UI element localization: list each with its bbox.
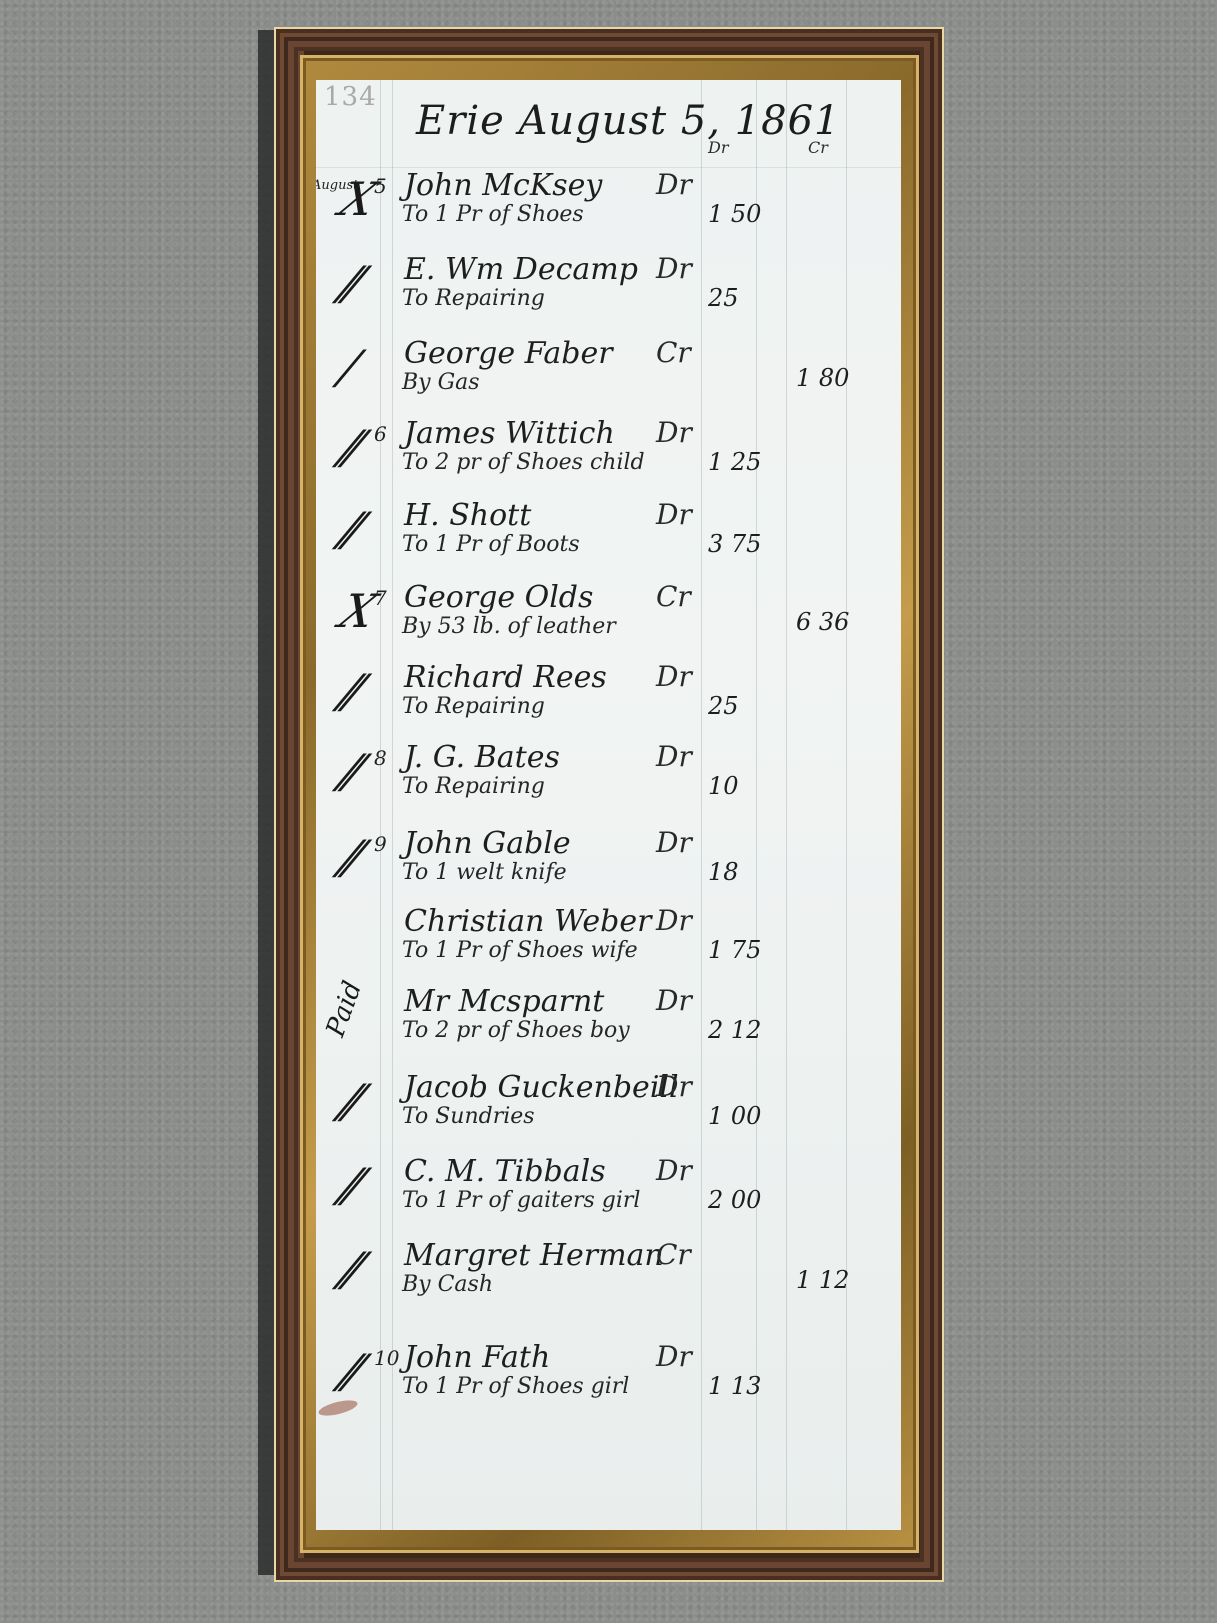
entry-name: J. G. Bates — [404, 740, 560, 775]
entry-day: 5 — [374, 174, 387, 198]
debit-column-header: Dr — [708, 138, 728, 157]
debit-amount: 1 25 — [708, 448, 761, 476]
debit-amount: 3 75 — [708, 530, 761, 558]
check-mark: / — [333, 340, 356, 394]
entry-type: Dr — [656, 1154, 692, 1187]
debit-amount: 2 12 — [708, 1016, 761, 1044]
ledger-entry: / George Faber Cr By Gas 1 80 — [316, 336, 901, 411]
check-mark: X — [333, 172, 373, 226]
entry-description: By 53 lb. of leather — [402, 614, 616, 639]
entry-name: John McKsey — [404, 168, 602, 203]
debit-amount: 25 — [708, 692, 739, 720]
ledger-entry: // 9 John Gable Dr To 1 welt knife 18 — [316, 826, 901, 901]
ledger-entry: Paid Mr Mcsparnt Dr To 2 pr of Shoes boy… — [316, 984, 901, 1059]
check-mark: // — [333, 1158, 362, 1212]
entry-day: 6 — [374, 422, 387, 446]
credit-amount: 1 80 — [796, 364, 849, 392]
check-mark: // — [333, 256, 362, 310]
credit-amount: 1 12 — [796, 1266, 849, 1294]
entry-type: Cr — [656, 336, 691, 369]
entry-name: E. Wm Decamp — [404, 252, 638, 287]
credit-amount: 6 36 — [796, 608, 849, 636]
credit-column-header: Cr — [808, 138, 828, 157]
entry-description: To 1 Pr of gaiters girl — [402, 1188, 640, 1213]
entry-description: By Cash — [402, 1272, 493, 1297]
entry-type: Dr — [656, 740, 692, 773]
entry-name: Christian Weber — [404, 904, 651, 939]
entry-name: George Faber — [404, 336, 613, 371]
paid-mark: Paid — [321, 977, 369, 1041]
entry-name: John Fath — [404, 1340, 550, 1375]
debit-amount: 1 00 — [708, 1102, 761, 1130]
check-mark: // — [333, 1242, 362, 1296]
ledger-entry: // E. Wm Decamp Dr To Repairing 25 — [316, 252, 901, 327]
check-mark: // — [333, 744, 362, 798]
entry-description: To Repairing — [402, 286, 545, 311]
entry-type: Dr — [656, 660, 692, 693]
debit-amount: 18 — [708, 858, 739, 886]
page-number: 134 — [324, 82, 377, 112]
debit-amount: 1 13 — [708, 1372, 761, 1400]
entry-type: Dr — [656, 252, 692, 285]
entry-type: Dr — [656, 904, 692, 937]
entry-name: Margret Herman — [404, 1238, 664, 1273]
entry-description: To 1 Pr of Shoes — [402, 202, 584, 227]
ledger-entry: // Jacob Guckenbeill Dr To Sundries 1 00 — [316, 1070, 901, 1145]
entry-type: Dr — [656, 1070, 692, 1103]
debit-amount: 2 00 — [708, 1186, 761, 1214]
check-mark: // — [333, 830, 362, 884]
ledger-heading: Erie August 5, 1861 — [416, 98, 841, 144]
ledger-entry: // 8 J. G. Bates Dr To Repairing 10 — [316, 740, 901, 815]
ledger-entry: // Richard Rees Dr To Repairing 25 — [316, 660, 901, 735]
entry-name: Jacob Guckenbeill — [404, 1070, 679, 1105]
entry-description: To Repairing — [402, 694, 545, 719]
entry-name: John Gable — [404, 826, 571, 861]
entry-type: Dr — [656, 498, 692, 531]
entry-type: Dr — [656, 1340, 692, 1373]
entry-name: H. Shott — [404, 498, 531, 533]
debit-amount: 1 75 — [708, 936, 761, 964]
entry-type: Dr — [656, 984, 692, 1017]
entry-day: 7 — [374, 586, 387, 610]
entry-description: By Gas — [402, 370, 480, 395]
entry-day: 8 — [374, 746, 387, 770]
debit-amount: 10 — [708, 772, 739, 800]
entry-description: To 1 Pr of Shoes wife — [402, 938, 638, 963]
ledger-entry: Christian Weber Dr To 1 Pr of Shoes wife… — [316, 904, 901, 979]
debit-amount: 1 50 — [708, 200, 761, 228]
entry-day: 10 — [374, 1346, 399, 1370]
check-mark: X — [333, 584, 373, 638]
entry-description: To 1 Pr of Shoes girl — [402, 1374, 629, 1399]
entry-name: George Olds — [404, 580, 593, 615]
entry-type: Cr — [656, 580, 691, 613]
entry-name: Mr Mcsparnt — [404, 984, 604, 1019]
check-mark: // — [333, 1074, 362, 1128]
ledger-entry: // 6 James Wittich Dr To 2 pr of Shoes c… — [316, 416, 901, 491]
entry-name: C. M. Tibbals — [404, 1154, 606, 1189]
entry-name: James Wittich — [404, 416, 615, 451]
entry-type: Dr — [656, 826, 692, 859]
ledger-entry: X 5 John McKsey Dr To 1 Pr of Shoes 1 50 — [316, 168, 901, 243]
ledger-entry: X 7 George Olds Cr By 53 lb. of leather … — [316, 580, 901, 655]
ledger-page: 134 Erie August 5, 1861 Dr Cr August X 5… — [316, 80, 901, 1530]
entry-type: Cr — [656, 1238, 691, 1271]
entry-description: To Sundries — [402, 1104, 535, 1129]
check-mark: // — [333, 1344, 362, 1398]
check-mark: // — [333, 502, 362, 556]
entry-description: To 2 pr of Shoes boy — [402, 1018, 630, 1043]
entry-type: Dr — [656, 416, 692, 449]
ledger-entry: // H. Shott Dr To 1 Pr of Boots 3 75 — [316, 498, 901, 573]
ledger-entry: // C. M. Tibbals Dr To 1 Pr of gaiters g… — [316, 1154, 901, 1229]
debit-amount: 25 — [708, 284, 739, 312]
entry-description: To 1 Pr of Boots — [402, 532, 580, 557]
entry-type: Dr — [656, 168, 692, 201]
check-mark: // — [333, 420, 362, 474]
ledger-entry: // 10 John Fath Dr To 1 Pr of Shoes girl… — [316, 1340, 901, 1415]
entry-description: To Repairing — [402, 774, 545, 799]
entry-description: To 2 pr of Shoes child — [402, 450, 645, 475]
entry-name: Richard Rees — [404, 660, 607, 695]
ledger-entry: // Margret Herman Cr By Cash 1 12 — [316, 1238, 901, 1313]
check-mark: // — [333, 664, 362, 718]
entry-description: To 1 welt knife — [402, 860, 567, 885]
entry-day: 9 — [374, 832, 387, 856]
